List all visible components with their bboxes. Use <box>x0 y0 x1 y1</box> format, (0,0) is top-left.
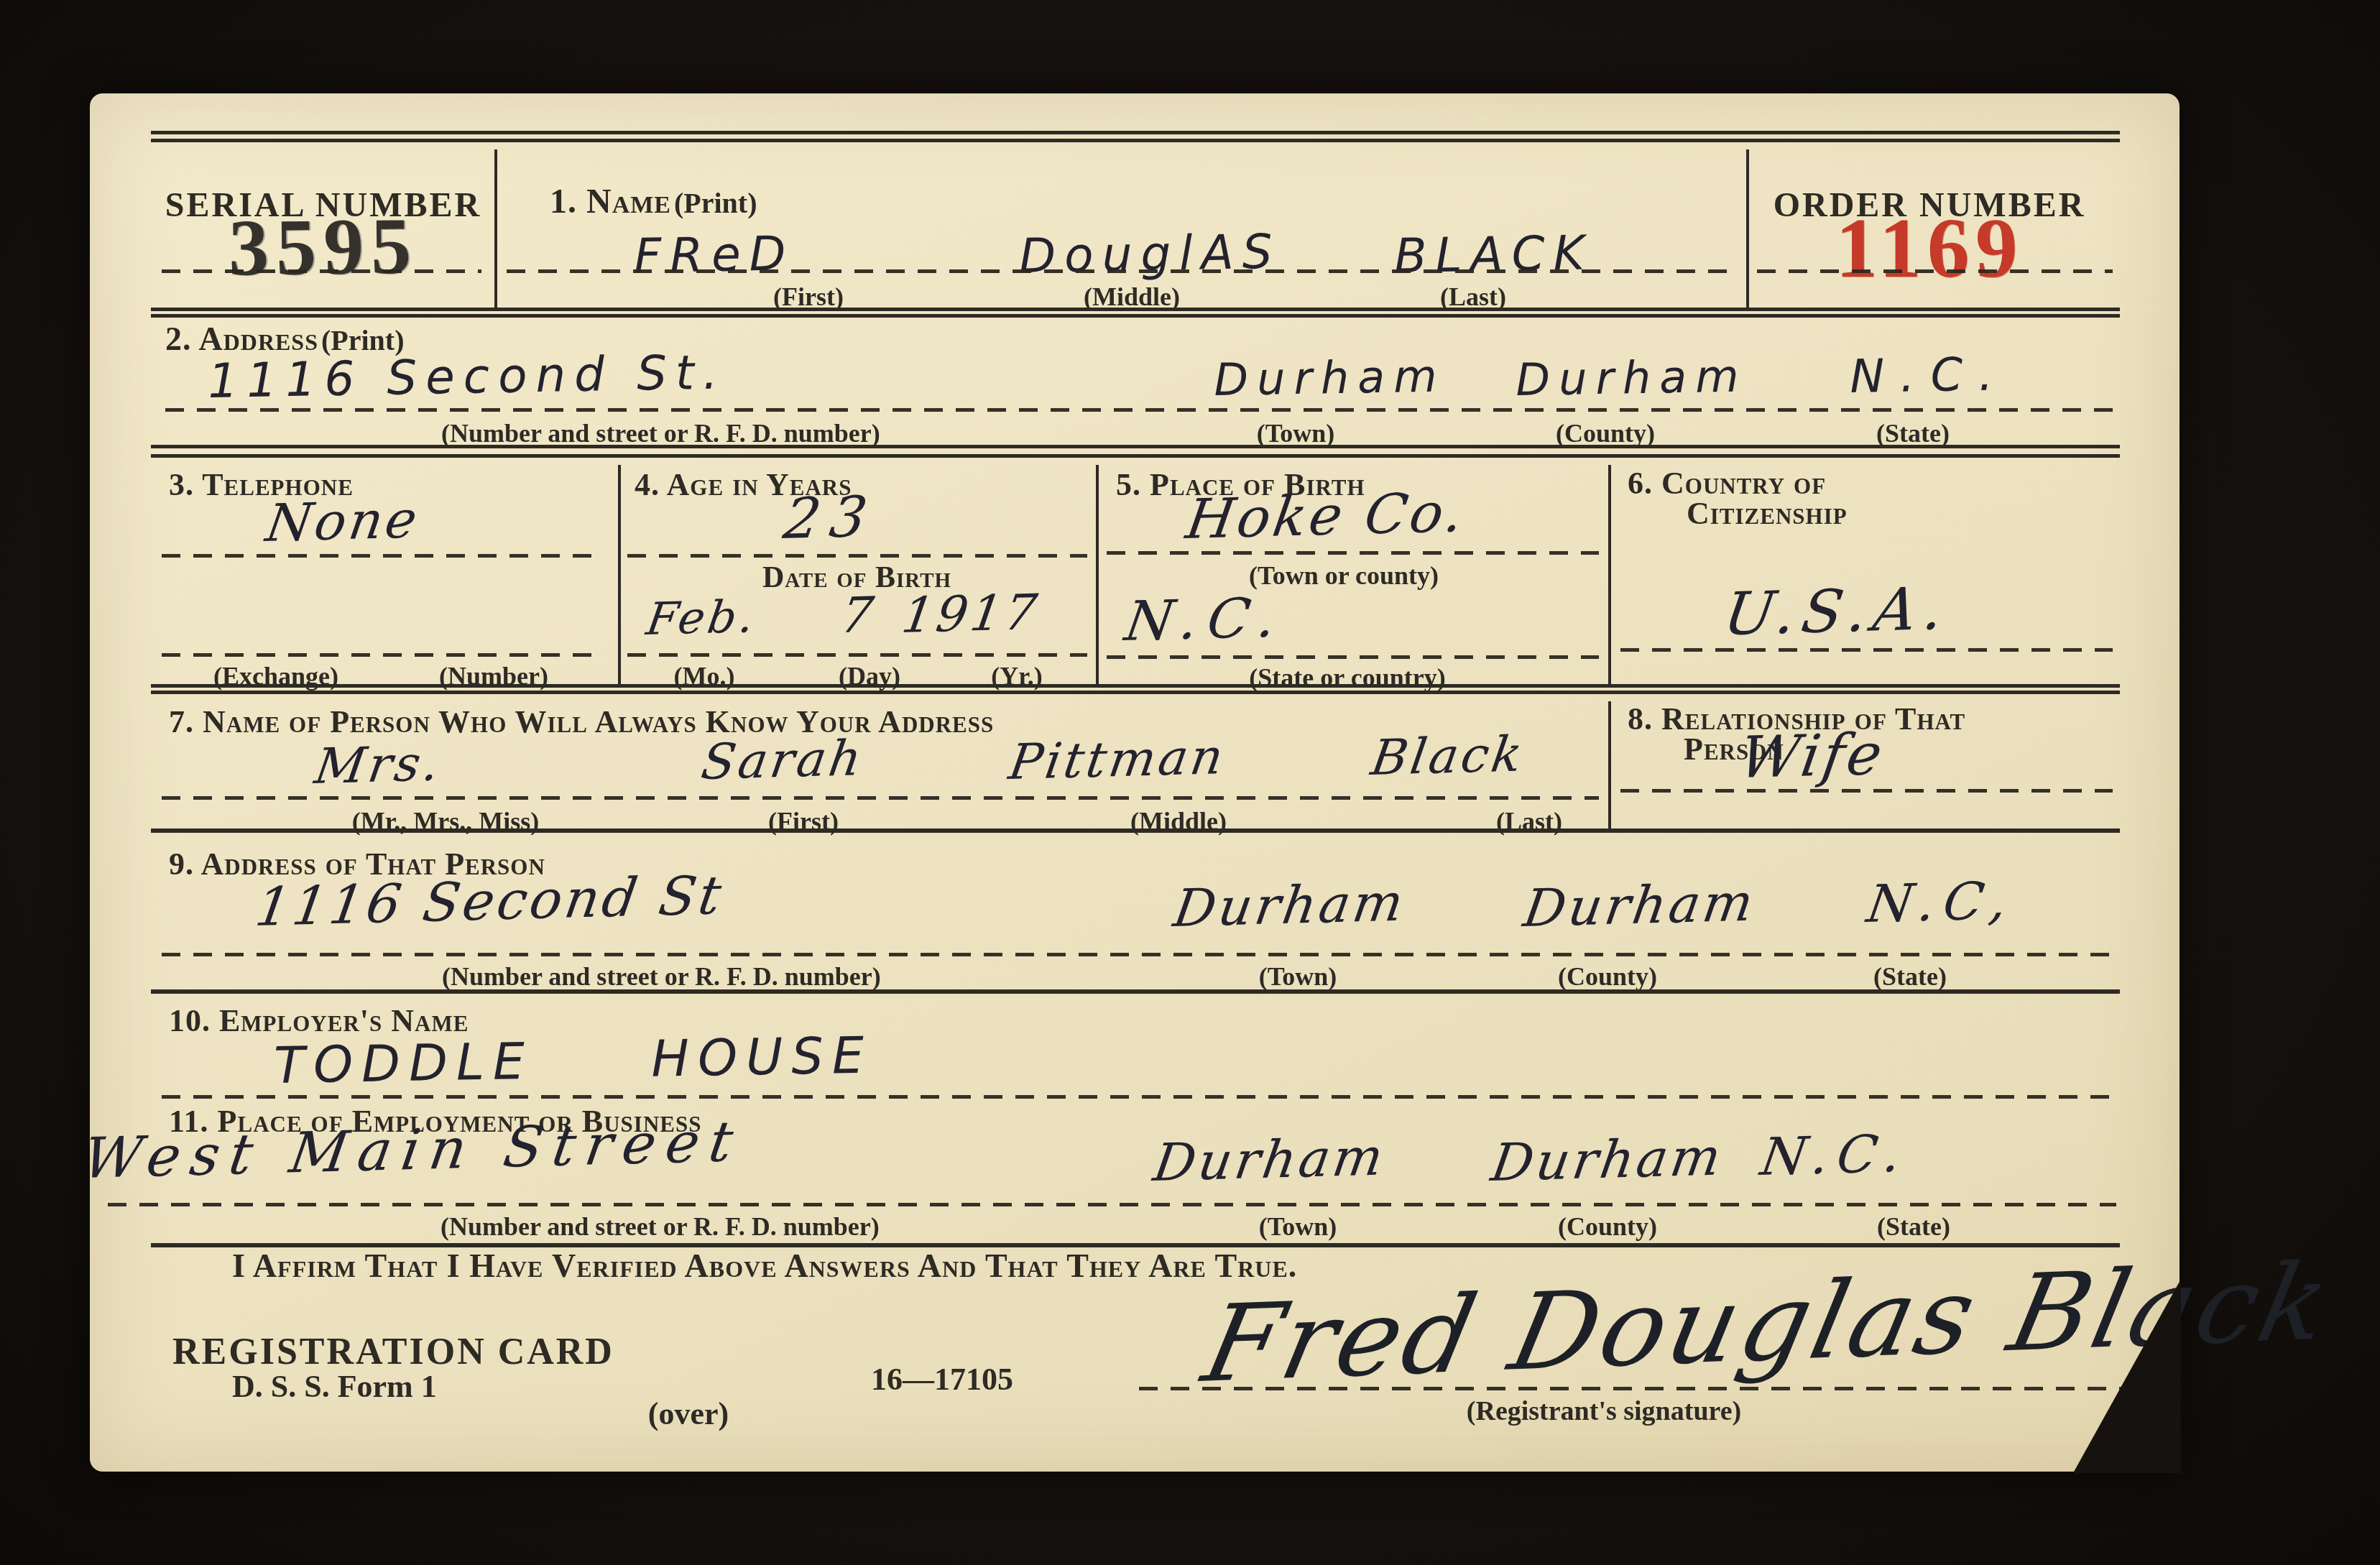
telephone-mid-line <box>162 554 604 558</box>
contact-title-value: Mrs. <box>311 735 446 795</box>
age-value: 23 <box>780 485 881 552</box>
row3-bottom-rule <box>151 684 2120 694</box>
address-street-value: 1116 Second St. <box>208 344 727 409</box>
contact-last-value: Black <box>1367 726 1528 787</box>
contact-first-value: Sarah <box>698 730 868 791</box>
serial-entry-line <box>162 269 481 273</box>
address-state-value: N.C. <box>1850 348 2010 404</box>
contact-address-state-value: N.C, <box>1863 870 2020 934</box>
address-county-value: Durham <box>1516 349 1748 406</box>
employer-entry-line <box>162 1095 2116 1099</box>
telephone-value: None <box>262 489 424 553</box>
row2-bottom-rule <box>151 445 2120 458</box>
employment-state-value: N.C. <box>1757 1123 1914 1187</box>
over-hint: (over) <box>638 1395 739 1432</box>
name-first-value: FReD <box>634 226 795 284</box>
employment-entry-line <box>108 1203 2116 1206</box>
name-last-value: BLACK <box>1394 225 1594 284</box>
form-id: D. S. S. Form 1 <box>232 1368 437 1405</box>
divider-tel-age <box>618 465 621 684</box>
divider-birth-citizenship <box>1608 465 1611 684</box>
divider-age-birth <box>1096 465 1099 684</box>
citizenship-value: U.S.A. <box>1720 575 1955 649</box>
contact-entry-line <box>162 796 1599 800</box>
address-county-hint: (County) <box>1519 418 1692 448</box>
order-number-value: 1169 <box>1746 200 2113 297</box>
print-code: 16—17105 <box>871 1361 1013 1398</box>
citizenship-label-line2: Citizenship <box>1687 497 1848 530</box>
signature-line <box>1139 1387 2145 1390</box>
contact-address-street-hint: (Number and street or R. F. D. number) <box>442 961 873 992</box>
contact-middle-value: Pittman <box>1005 729 1230 791</box>
dob-month-value: Feb. <box>643 590 760 645</box>
citizenship-entry-line <box>1620 648 2113 652</box>
order-entry-line <box>1757 269 2113 273</box>
employment-county-hint: (County) <box>1521 1211 1694 1242</box>
contact-address-county-hint: (County) <box>1521 961 1694 992</box>
employment-town-value: Durham <box>1150 1127 1390 1193</box>
contact-label: 7. Name of Person Who Will Always Know Y… <box>169 706 994 739</box>
dob-year-value: 1917 <box>898 584 1043 645</box>
row1-bottom-rule <box>151 308 2120 318</box>
row7-bottom-rule <box>151 828 2120 833</box>
row9-bottom-rule <box>151 989 2120 994</box>
dob-day-value: 7 <box>837 587 880 645</box>
name-label: 1. Name (Print) <box>550 184 757 220</box>
dob-entry-line <box>627 653 1087 657</box>
age-mid-line <box>627 554 1087 558</box>
contact-address-county-value: Durham <box>1520 872 1760 938</box>
name-entry-line <box>507 269 1739 273</box>
employment-county-value: Durham <box>1487 1127 1728 1193</box>
relationship-value: Wife <box>1735 721 1889 791</box>
birthplace-town-line <box>1107 551 1599 555</box>
serial-number-value: 3595 <box>150 199 496 295</box>
signature-hint: (Registrant's signature) <box>1388 1395 1819 1427</box>
employer-value: TODDLE HOUSE <box>274 1025 873 1095</box>
address-entry-line <box>165 408 2116 412</box>
card-title: REGISTRATION CARD <box>172 1331 614 1373</box>
contact-address-street-value: 1116 Second St <box>252 864 728 938</box>
contact-address-town-hint: (Town) <box>1226 961 1370 992</box>
contact-address-town-value: Durham <box>1170 872 1410 938</box>
affirmation-text: I Affirm That I Have Verified Above Answ… <box>232 1249 1297 1283</box>
address-town-value: Durham <box>1214 349 1446 406</box>
employer-label: 10. Employer's Name <box>169 1005 469 1038</box>
employment-state-hint: (State) <box>1842 1211 1985 1242</box>
employment-town-hint: (Town) <box>1226 1211 1370 1242</box>
contact-address-state-hint: (State) <box>1838 961 1982 992</box>
telephone-low-line <box>162 653 604 657</box>
name-middle-value: DouglAS <box>1019 224 1282 284</box>
birthplace-state-line <box>1107 655 1599 659</box>
registration-card: SERIAL NUMBER 3595 1. Name (Print) FReD … <box>90 93 2180 1472</box>
birthplace-town-value: Hoke Co. <box>1182 480 1470 551</box>
address-street-hint: (Number and street or R. F. D. number) <box>441 418 872 448</box>
contact-address-entry-line <box>162 953 2116 956</box>
relationship-entry-line <box>1620 789 2113 793</box>
address-town-hint: (Town) <box>1224 418 1367 448</box>
birthplace-state-value: N.C. <box>1121 585 1291 653</box>
top-rule <box>151 131 2120 142</box>
address-state-hint: (State) <box>1841 418 1985 448</box>
employment-street-hint: (Number and street or R. F. D. number) <box>441 1211 872 1242</box>
